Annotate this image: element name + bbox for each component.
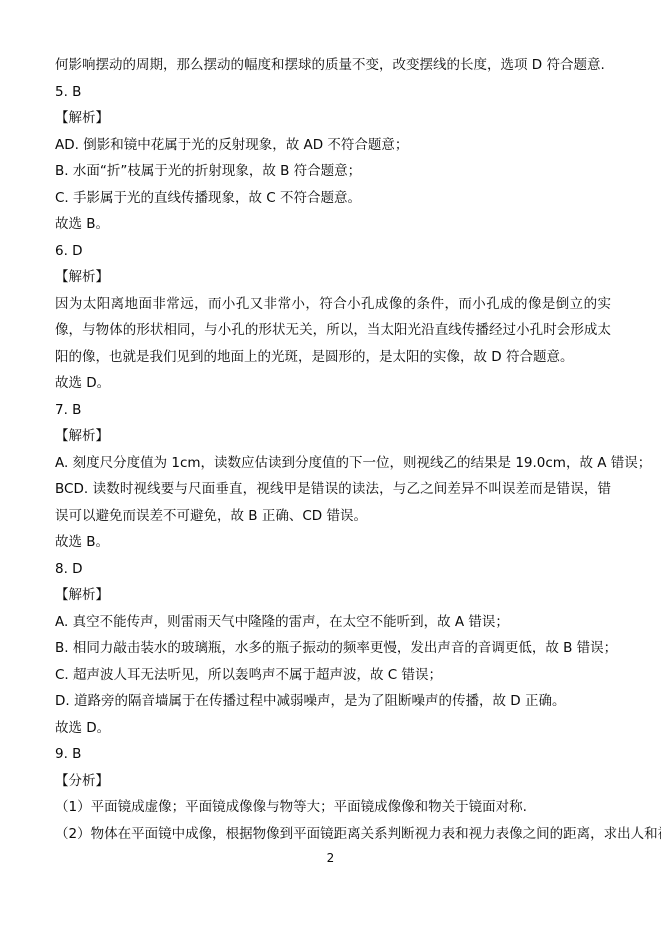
continuation-line: 何影响摆动的周期，那么摆动的幅度和摆球的质量不变，改变摆线的长度，选项 D 符合… xyxy=(55,52,611,79)
explanation-line: B. 水面“折”枝属于光的折射现象，故 B 符合题意； xyxy=(55,158,611,185)
section-tag-6: 【解析】 xyxy=(55,264,611,291)
conclusion-line: 故选 B。 xyxy=(55,529,611,556)
answer-number-6: 6. D xyxy=(55,238,611,265)
explanation-line: D. 道路旁的隔音墙属于在传播过程中减弱噪声，是为了阻断噪声的传播，故 D 正确… xyxy=(55,688,611,715)
explanation-line: B. 相同力敲击装水的玻璃瓶，水多的瓶子振动的频率更慢，发出声音的音调更低，故 … xyxy=(55,635,611,662)
answer-number-9: 9. B xyxy=(55,741,611,768)
section-tag-5: 【解析】 xyxy=(55,105,611,132)
explanation-line: A. 真空不能传声，则雷雨天气中隆隆的雷声，在太空不能听到，故 A 错误； xyxy=(55,609,611,636)
section-tag-8: 【解析】 xyxy=(55,582,611,609)
explanation-line: C. 手影属于光的直线传播现象，故 C 不符合题意。 xyxy=(55,185,611,212)
answer-number-7: 7. B xyxy=(55,397,611,424)
section-tag-9: 【分析】 xyxy=(55,768,611,795)
explanation-line: AD. 倒影和镜中花属于光的反射现象，故 AD 不符合题意； xyxy=(55,132,611,159)
answer-sheet-page: 何影响摆动的周期，那么摆动的幅度和摆球的质量不变，改变摆线的长度，选项 D 符合… xyxy=(0,0,661,935)
explanation-paragraph: 因为太阳离地面非常远，而小孔又非常小，符合小孔成像的条件，而小孔成的像是倒立的实… xyxy=(55,291,611,371)
page-number: 2 xyxy=(0,850,661,866)
analysis-line: （1）平面镜成虚像；平面镜成像像与物等大；平面镜成像像和物关于镜面对称. xyxy=(55,794,611,821)
conclusion-line: 故选 D。 xyxy=(55,370,611,397)
section-tag-7: 【解析】 xyxy=(55,423,611,450)
page-content: 何影响摆动的周期，那么摆动的幅度和摆球的质量不变，改变摆线的长度，选项 D 符合… xyxy=(55,52,611,847)
conclusion-line: 故选 B。 xyxy=(55,211,611,238)
answer-number-5: 5. B xyxy=(55,79,611,106)
analysis-line: （2）物体在平面镜中成像，根据物像到平面镜距离关系判断视力表和视力表像之间的距离… xyxy=(55,821,611,848)
answer-number-8: 8. D xyxy=(55,556,611,583)
explanation-paragraph: BCD. 读数时视线要与尺面垂直，视线甲是错误的读法，与乙之间差异不叫误差而是错… xyxy=(55,476,611,529)
explanation-line: C. 超声波人耳无法听见，所以轰鸣声不属于超声波，故 C 错误； xyxy=(55,662,611,689)
explanation-line: A. 刻度尺分度值为 1cm，读数应估读到分度值的下一位，则视线乙的结果是 19… xyxy=(55,450,611,477)
conclusion-line: 故选 D。 xyxy=(55,715,611,742)
